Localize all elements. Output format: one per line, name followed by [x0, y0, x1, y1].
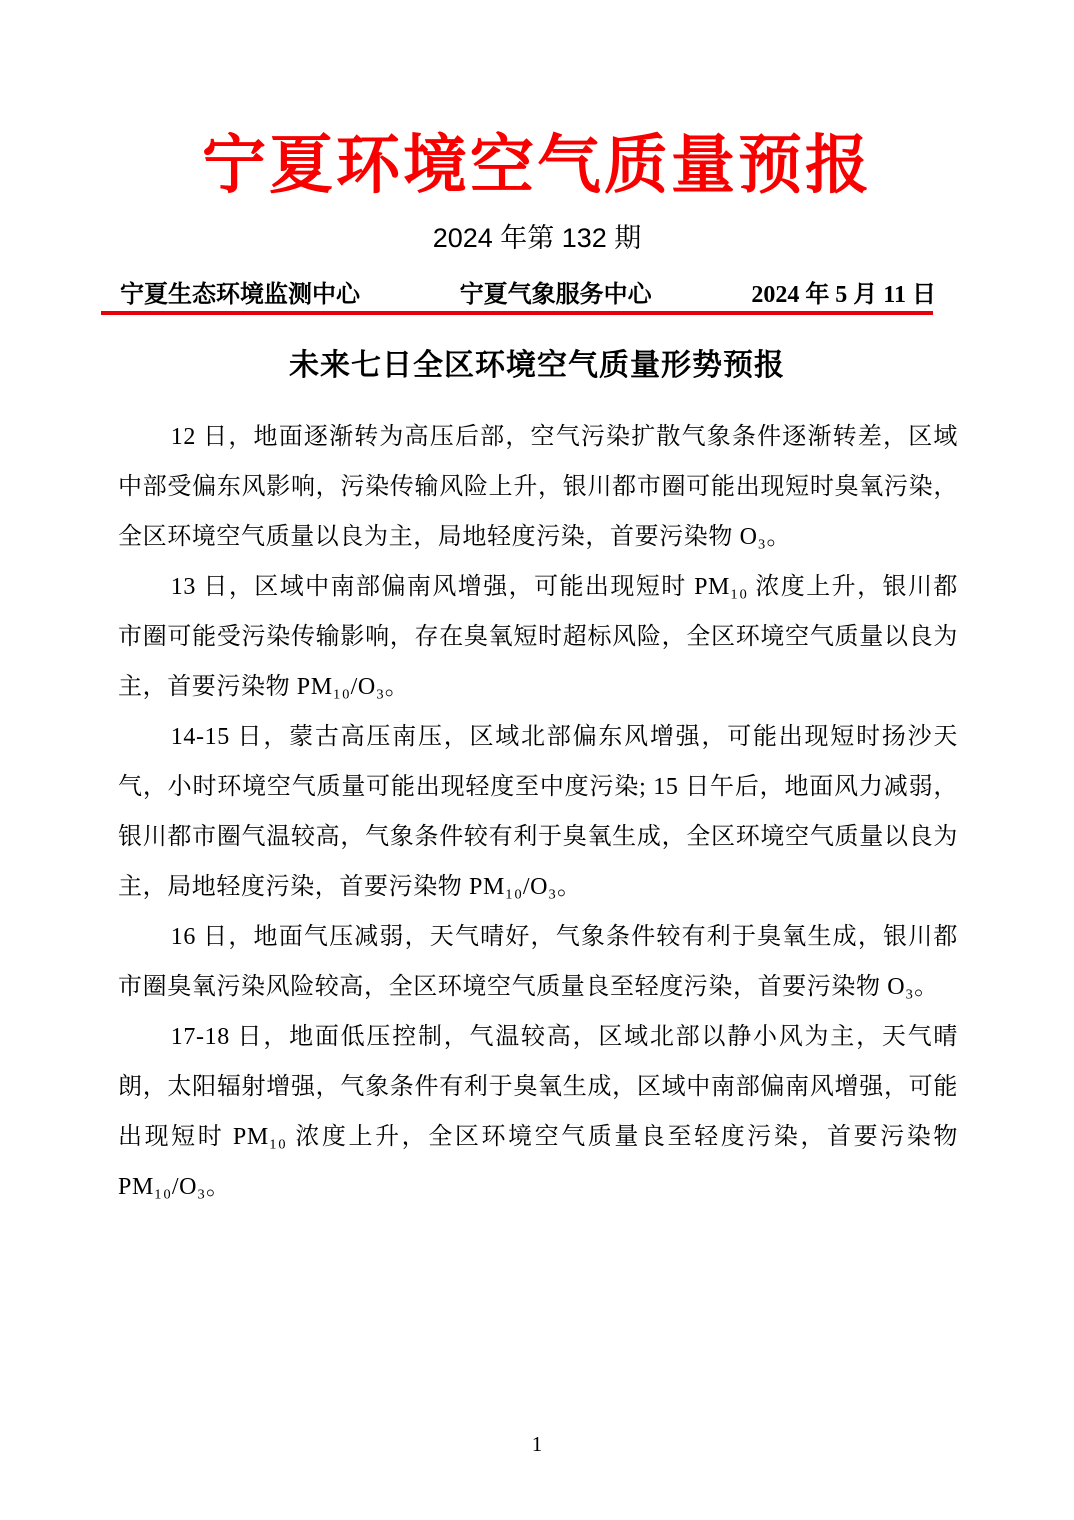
forecast-paragraph-day12: 12 日，地面逐渐转为高压后部，空气污染扩散气象条件逐渐转差，区域中部受偏东风影… — [118, 412, 958, 562]
document-title: 宁夏环境空气质量预报 — [0, 126, 1074, 206]
forecast-paragraph-day13: 13 日，区域中南部偏南风增强，可能出现短时 PM₁₀ 浓度上升，银川都市圈可能… — [118, 562, 958, 712]
section-title: 未来七日全区环境空气质量形势预报 — [0, 347, 1074, 385]
issue-number: 2024 年第 132 期 — [0, 221, 1074, 255]
bulletin-page: 宁夏环境空气质量预报 2024 年第 132 期 宁夏生态环境监测中心 宁夏气象… — [0, 0, 1074, 1520]
forecast-body: 12 日，地面逐渐转为高压后部，空气污染扩散气象条件逐渐转差，区域中部受偏东风影… — [118, 412, 958, 1212]
red-header-rule — [101, 311, 933, 315]
forecast-paragraph-day17-18: 17-18 日，地面低压控制，气温较高，区域北部以静小风为主，天气晴朗，太阳辐射… — [118, 1012, 958, 1212]
header-org-row: 宁夏生态环境监测中心 宁夏气象服务中心 2024 年 5 月 11 日 — [120, 279, 936, 311]
org-environment-monitoring-center: 宁夏生态环境监测中心 — [120, 279, 360, 311]
page-number: 1 — [0, 1432, 1074, 1457]
publish-date: 2024 年 5 月 11 日 — [751, 279, 936, 311]
org-meteorological-service-center: 宁夏气象服务中心 — [460, 279, 652, 311]
forecast-paragraph-day14-15: 14-15 日，蒙古高压南压，区域北部偏东风增强，可能出现短时扬沙天气，小时环境… — [118, 712, 958, 912]
forecast-paragraph-day16: 16 日，地面气压减弱，天气晴好，气象条件较有利于臭氧生成，银川都市圈臭氧污染风… — [118, 912, 958, 1012]
